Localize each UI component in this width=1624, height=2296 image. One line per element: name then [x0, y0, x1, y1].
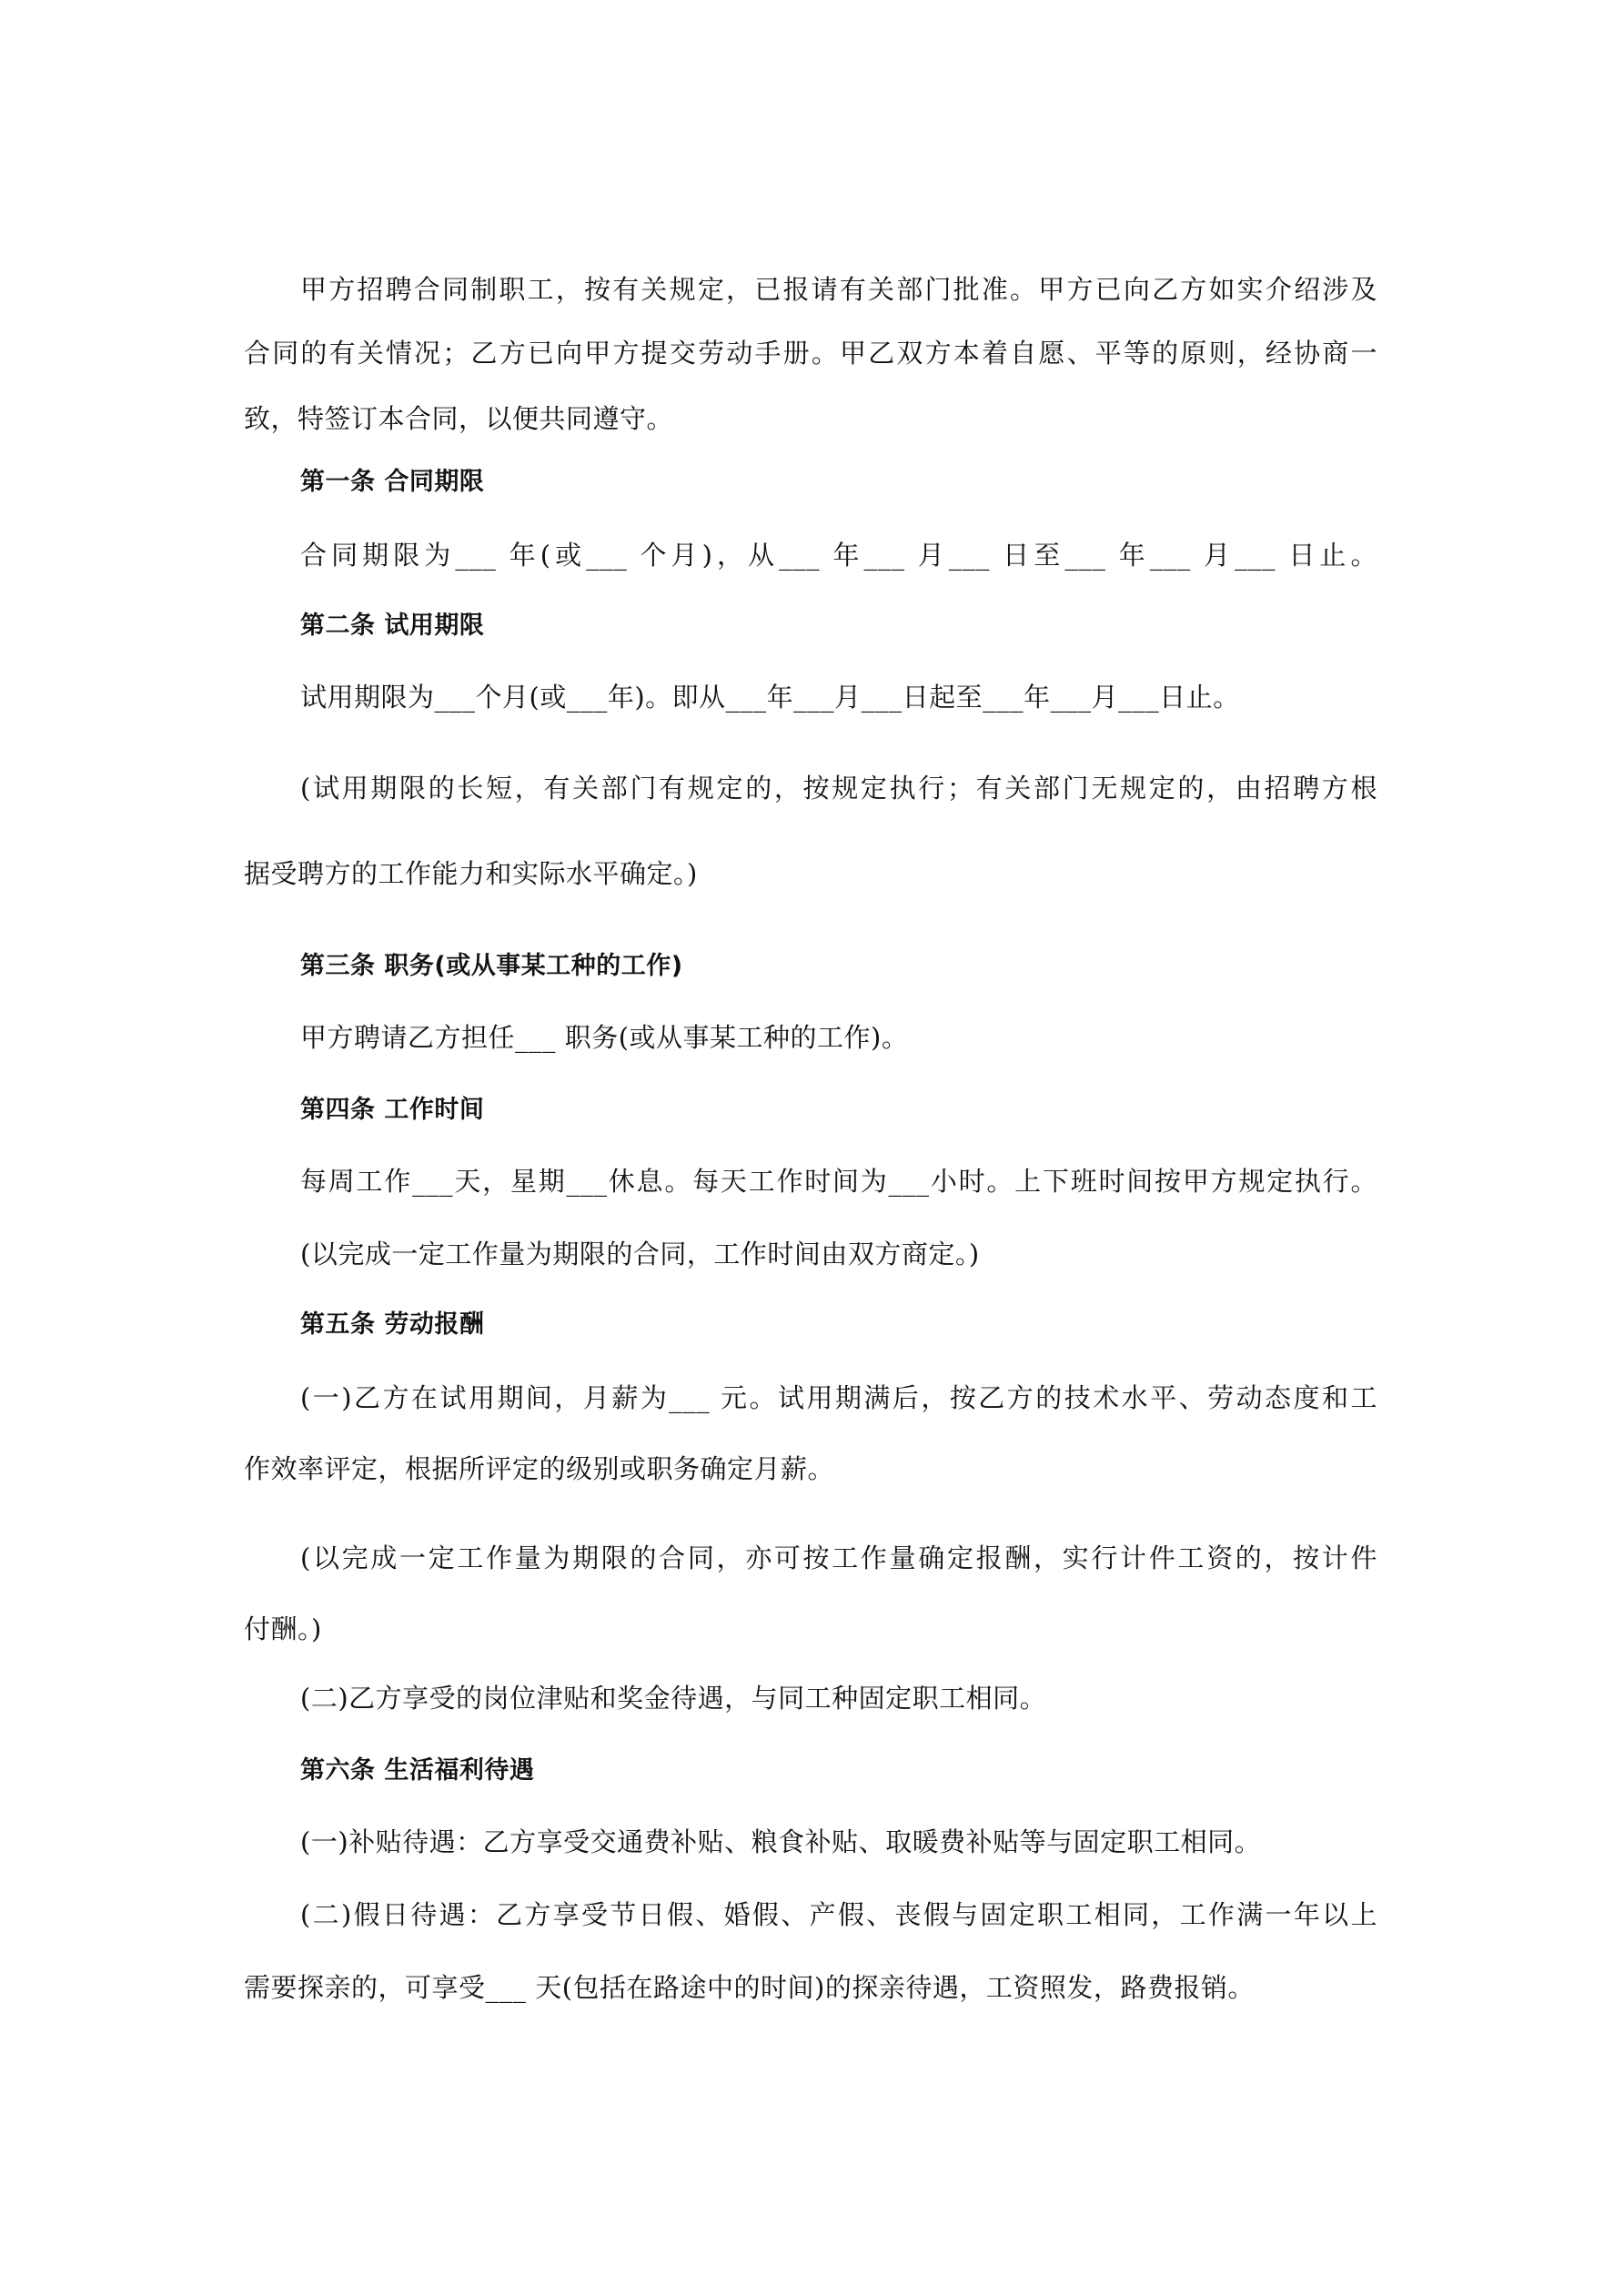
- preamble-line-2: 合同的有关情况；乙方已向甲方提交劳动手册。甲乙双方本着自愿、平等的原则，经协商一: [244, 335, 1377, 371]
- article-6-line-1: (一)补贴待遇：乙方享受交通费补贴、粮食补贴、取暖费补贴等与固定职工相同。: [300, 1824, 1261, 1860]
- article-2-line-1: 试用期限为___个月(或___年)。即从___年___月___日起至___年__…: [300, 679, 1240, 715]
- article-5-heading: 第五条 劳动报酬: [300, 1307, 484, 1343]
- article-6-line-2: (二)假日待遇：乙方享受节日假、婚假、产假、丧假与固定职工相同，工作满一年以上: [300, 1896, 1377, 1933]
- article-5-line-5: (二)乙方享受的岗位津贴和奖金待遇，与同工种固定职工相同。: [300, 1680, 1046, 1716]
- article-6-heading: 第六条 生活福利待遇: [300, 1753, 534, 1789]
- article-1-heading: 第一条 合同期限: [300, 464, 484, 501]
- article-4-heading: 第四条 工作时间: [300, 1092, 484, 1128]
- article-6-line-3: 需要探亲的，可享受___ 天(包括在路途中的时间)的探亲待遇，工资照发，路费报销…: [244, 1969, 1255, 2006]
- article-2-heading: 第二条 试用期限: [300, 608, 484, 644]
- article-4-line-2: (以完成一定工作量为期限的合同，工作时间由双方商定。): [300, 1236, 980, 1272]
- article-2-line-2: (试用期限的长短，有关部门有规定的，按规定执行；有关部门无规定的，由招聘方根: [300, 770, 1377, 806]
- preamble-line-3: 致，特签订本合同，以便共同遵守。: [244, 400, 673, 437]
- article-3-heading: 第三条 职务(或从事某工种的工作): [300, 948, 683, 985]
- preamble-line-1: 甲方招聘合同制职工，按有关规定，已报请有关部门批准。甲方已向乙方如实介绍涉及: [300, 271, 1377, 308]
- article-3-line-1: 甲方聘请乙方担任___ 职务(或从事某工种的工作)。: [300, 1019, 908, 1056]
- article-5-line-1: (一)乙方在试用期间，月薪为___ 元。试用期满后，按乙方的技术水平、劳动态度和…: [300, 1380, 1377, 1416]
- article-1-line-1: 合同期限为___ 年(或___ 个月)，从___ 年___ 月___ 日至___…: [300, 537, 1377, 573]
- article-2-line-3: 据受聘方的工作能力和实际水平确定。): [244, 855, 698, 892]
- document-page: 甲方招聘合同制职工，按有关规定，已报请有关部门批准。甲方已向乙方如实介绍涉及 合…: [0, 0, 1624, 2296]
- article-5-line-2: 作效率评定，根据所评定的级别或职务确定月薪。: [244, 1451, 834, 1487]
- article-5-line-3: (以完成一定工作量为期限的合同，亦可按工作量确定报酬，实行计件工资的，按计件: [300, 1540, 1377, 1576]
- article-5-line-4: 付酬。): [244, 1611, 322, 1647]
- article-4-line-1: 每周工作___天，星期___休息。每天工作时间为___小时。上下班时间按甲方规定…: [300, 1163, 1377, 1199]
